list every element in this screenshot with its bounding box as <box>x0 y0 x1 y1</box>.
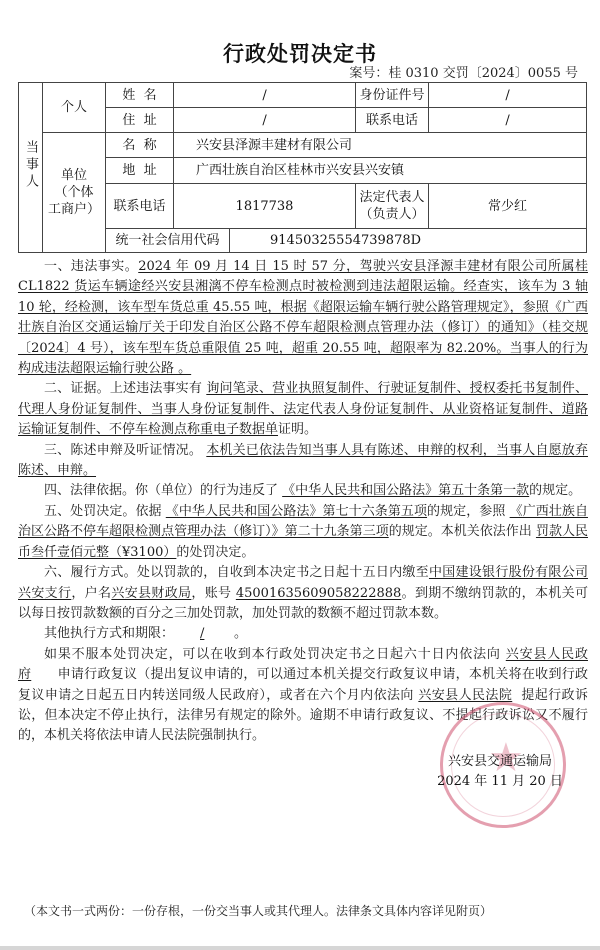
case-number: 案号：桂 0310 交罚〔2024〕0055 号 <box>349 62 578 81</box>
individual-name-value: / <box>174 83 356 108</box>
signature-block: 兴安县交通运输局 2024 年 11 月 20 日 <box>430 752 570 792</box>
organization-address-label: 地 址 <box>106 158 174 184</box>
page-bottom-edge <box>0 946 600 950</box>
organization-group-label: 单位 （个体 工商户） <box>43 133 106 253</box>
individual-id-value: / <box>429 83 587 108</box>
credit-code-label: 统一社会信用代码 <box>106 229 230 253</box>
legal-rep-label: 法定代表人 （负责人） <box>356 184 429 229</box>
organization-address-value: 广西壮族自治区桂林市兴安县兴安镇 <box>174 158 587 184</box>
individual-phone-label: 联系电话 <box>356 108 429 133</box>
organization-phone-value: 1817738 <box>174 184 356 229</box>
section-other: 其他执行方式和期限：/。 <box>18 624 588 644</box>
section-statement: 三、陈述申辩及听证情况。 本机关已依法告知当事人具有陈述、申辩的权利，当事人自愿… <box>18 441 588 482</box>
credit-code-value: 91450325554739878D <box>230 229 587 253</box>
section-facts: 一、违法事实。2024 年 09 月 14 日 15 时 57 分，驾驶兴安县泽… <box>18 257 588 379</box>
organization-phone-label: 联系电话 <box>106 184 174 229</box>
individual-address-label: 住 址 <box>106 108 174 133</box>
section-performance: 六、履行方式。处以罚款的，自收到本决定书之日起十五日内缴至中国建设银行股份有限公… <box>18 563 588 624</box>
individual-name-label: 姓 名 <box>106 83 174 108</box>
decision-body: 一、违法事实。2024 年 09 月 14 日 15 时 57 分，驾驶兴安县泽… <box>18 257 588 747</box>
individual-address-value: / <box>174 108 356 133</box>
party-label: 当事人 <box>19 83 43 253</box>
individual-group-label: 个人 <box>43 83 106 133</box>
organization-name-value: 兴安县泽源丰建材有限公司 <box>174 133 587 158</box>
footer-note: （本文书一式两份：一份存根，一份交当事人或其代理人。法律条文具体内容详见附页） <box>24 902 492 919</box>
party-info-table: 当事人 个人 姓 名 / 身份证件号 / 住 址 / 联系电话 / 单位 （个体… <box>18 82 587 253</box>
individual-id-label: 身份证件号 <box>356 83 429 108</box>
individual-phone-value: / <box>429 108 587 133</box>
section-legal-basis: 四、法律依据。你（单位）的行为违反了 《中华人民共和国公路法》第五十条第一款的规… <box>18 481 588 501</box>
legal-rep-value: 常少红 <box>429 184 587 229</box>
issuing-authority: 兴安县交通运输局 <box>430 752 570 772</box>
issue-date: 2024 年 11 月 20 日 <box>430 772 570 792</box>
section-decision: 五、处罚决定。依据 《中华人民共和国公路法》第七十六条第五项的规定，参照 《广西… <box>18 502 588 563</box>
section-evidence: 二、证据。上述违法事实有 询问笔录、营业执照复制件、行驶证复制件、授权委托书复制… <box>18 379 588 440</box>
organization-name-label: 名 称 <box>106 133 174 158</box>
